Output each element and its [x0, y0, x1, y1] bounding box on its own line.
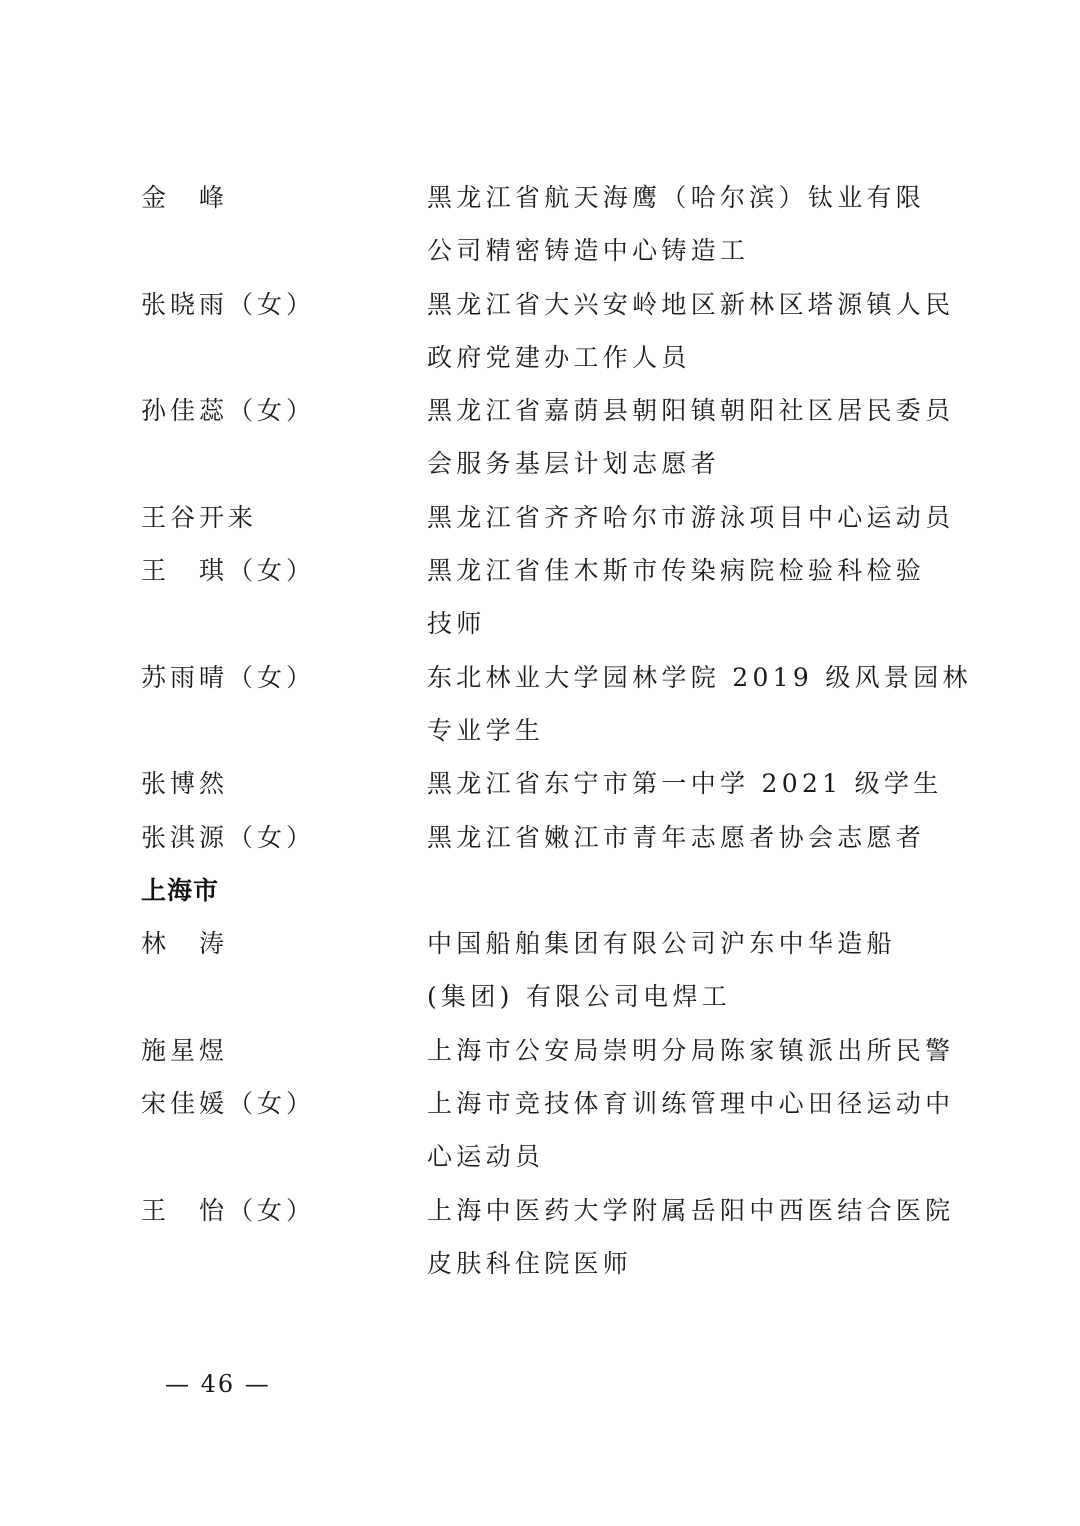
entry-name: 张淇源（女）: [141, 811, 427, 864]
list-entry: 林 涛 中国船舶集团有限公司沪东中华造船 (集团) 有限公司电焊工: [141, 917, 941, 1024]
description-line: 上海中医药大学附属岳阳中西医结合医院: [427, 1184, 937, 1237]
description-line: 东北林业大学园林学院 2019 级风景园林: [427, 651, 937, 704]
description-line: 会服务基层计划志愿者: [427, 437, 937, 490]
entry-name: 苏雨晴（女）: [141, 651, 427, 704]
list-entry: 宋佳媛（女） 上海市竞技体育训练管理中心田径运动中 心运动员: [141, 1077, 941, 1184]
entry-name: 林 涛: [141, 917, 427, 970]
list-entry: 王谷开来 黑龙江省齐齐哈尔市游泳项目中心运动员: [141, 491, 941, 544]
list-entry: 张晓雨（女） 黑龙江省大兴安岭地区新林区塔源镇人民 政府党建办工作人员: [141, 278, 941, 385]
description-line: 上海市公安局崇明分局陈家镇派出所民警: [427, 1024, 937, 1077]
description-line: (集团) 有限公司电焊工: [427, 970, 937, 1023]
description-line: 中国船舶集团有限公司沪东中华造船: [427, 917, 937, 970]
entry-description: 黑龙江省航天海鹰（哈尔滨）钛业有限 公司精密铸造中心铸造工: [427, 171, 937, 278]
section-heading-shanghai: 上海市: [141, 864, 941, 917]
list-entry: 金 峰 黑龙江省航天海鹰（哈尔滨）钛业有限 公司精密铸造中心铸造工: [141, 171, 941, 278]
entry-description: 上海市竞技体育训练管理中心田径运动中 心运动员: [427, 1077, 937, 1184]
entry-description: 黑龙江省东宁市第一中学 2021 级学生: [427, 757, 937, 810]
description-line: 心运动员: [427, 1130, 937, 1183]
list-entry: 张淇源（女） 黑龙江省嫩江市青年志愿者协会志愿者: [141, 811, 941, 864]
entry-description: 黑龙江省佳木斯市传染病院检验科检验 技师: [427, 544, 937, 651]
document-page: 金 峰 黑龙江省航天海鹰（哈尔滨）钛业有限 公司精密铸造中心铸造工 张晓雨（女）…: [0, 0, 1080, 1526]
list-entry: 施星煜 上海市公安局崇明分局陈家镇派出所民警: [141, 1024, 941, 1077]
entry-name: 张晓雨（女）: [141, 278, 427, 331]
description-line: 皮肤科住院医师: [427, 1237, 937, 1290]
entry-name: 施星煜: [141, 1024, 427, 1077]
entry-name: 王谷开来: [141, 491, 427, 544]
page-number: — 46 —: [165, 1368, 271, 1400]
description-line: 黑龙江省嫩江市青年志愿者协会志愿者: [427, 811, 937, 864]
entry-description: 黑龙江省嫩江市青年志愿者协会志愿者: [427, 811, 937, 864]
honoree-list: 金 峰 黑龙江省航天海鹰（哈尔滨）钛业有限 公司精密铸造中心铸造工 张晓雨（女）…: [141, 171, 941, 1290]
list-entry: 王 琪（女） 黑龙江省佳木斯市传染病院检验科检验 技师: [141, 544, 941, 651]
description-line: 公司精密铸造中心铸造工: [427, 224, 937, 277]
description-line: 黑龙江省佳木斯市传染病院检验科检验: [427, 544, 937, 597]
entry-name: 孙佳蕊（女）: [141, 384, 427, 437]
entry-name: 金 峰: [141, 171, 427, 224]
list-entry: 张博然 黑龙江省东宁市第一中学 2021 级学生: [141, 757, 941, 810]
description-line: 黑龙江省航天海鹰（哈尔滨）钛业有限: [427, 171, 937, 224]
entry-name: 王 怡（女）: [141, 1184, 427, 1237]
entry-description: 黑龙江省齐齐哈尔市游泳项目中心运动员: [427, 491, 937, 544]
list-entry: 孙佳蕊（女） 黑龙江省嘉荫县朝阳镇朝阳社区居民委员 会服务基层计划志愿者: [141, 384, 941, 491]
description-line: 技师: [427, 597, 937, 650]
description-line: 黑龙江省嘉荫县朝阳镇朝阳社区居民委员: [427, 384, 937, 437]
description-line: 上海市竞技体育训练管理中心田径运动中: [427, 1077, 937, 1130]
list-entry: 苏雨晴（女） 东北林业大学园林学院 2019 级风景园林 专业学生: [141, 651, 941, 758]
entry-description: 黑龙江省嘉荫县朝阳镇朝阳社区居民委员 会服务基层计划志愿者: [427, 384, 937, 491]
entry-description: 上海市公安局崇明分局陈家镇派出所民警: [427, 1024, 937, 1077]
entry-description: 东北林业大学园林学院 2019 级风景园林 专业学生: [427, 651, 937, 758]
entry-name: 王 琪（女）: [141, 544, 427, 597]
description-line: 黑龙江省齐齐哈尔市游泳项目中心运动员: [427, 491, 937, 544]
description-line: 政府党建办工作人员: [427, 331, 937, 384]
entry-description: 黑龙江省大兴安岭地区新林区塔源镇人民 政府党建办工作人员: [427, 278, 937, 385]
description-line: 黑龙江省大兴安岭地区新林区塔源镇人民: [427, 278, 937, 331]
entry-name: 宋佳媛（女）: [141, 1077, 427, 1130]
entry-name: 张博然: [141, 757, 427, 810]
entry-description: 上海中医药大学附属岳阳中西医结合医院 皮肤科住院医师: [427, 1184, 937, 1291]
list-entry: 王 怡（女） 上海中医药大学附属岳阳中西医结合医院 皮肤科住院医师: [141, 1184, 941, 1291]
description-line: 专业学生: [427, 704, 937, 757]
entry-description: 中国船舶集团有限公司沪东中华造船 (集团) 有限公司电焊工: [427, 917, 937, 1024]
description-line: 黑龙江省东宁市第一中学 2021 级学生: [427, 757, 937, 810]
